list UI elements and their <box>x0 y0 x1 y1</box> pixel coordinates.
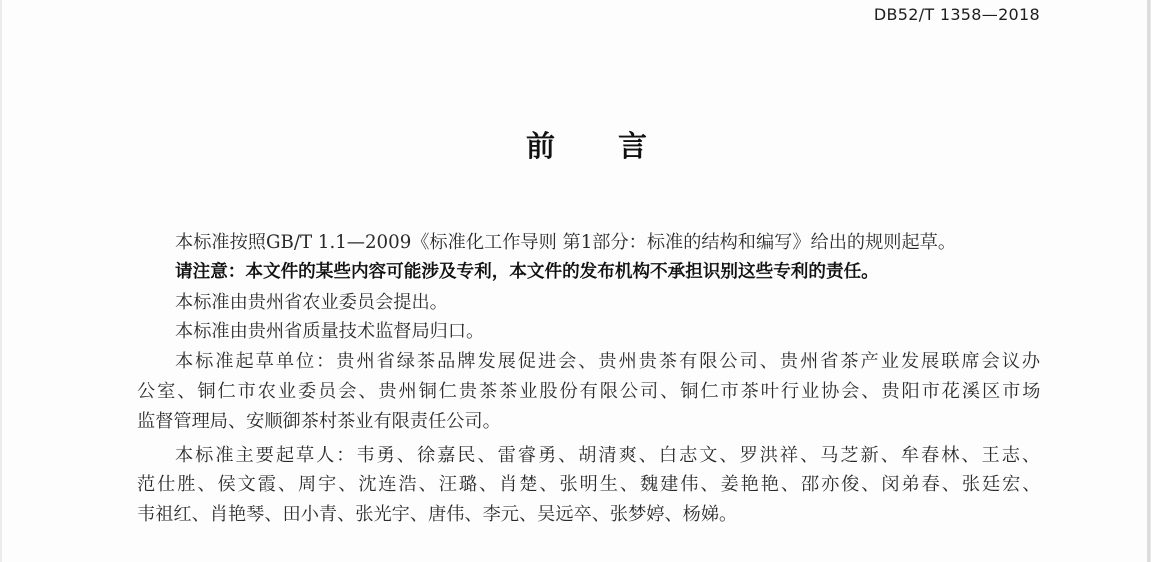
paragraph-drafting-units-line-1: 本标准起草单位：贵州省绿茶品牌发展促进会、贵州贵茶有限公司、贵州省茶产业发展联席… <box>137 347 1040 377</box>
paragraph-drafting-units-line-2: 公室、铜仁市农业委员会、贵州铜仁贵茶茶业股份有限公司、铜仁市茶叶行业协会、贵阳市… <box>137 377 1040 407</box>
foreword-body: 本标准按照GB/T 1.1—2009《标准化工作导则 第1部分：标准的结构和编写… <box>137 228 1040 530</box>
paragraph-drafters-line-3: 韦祖红、肖艳琴、田小青、张光宇、唐伟、李元、吴远卒、张梦婷、杨娣。 <box>137 500 1040 530</box>
title-char-2: 言 <box>618 124 647 165</box>
paragraph-drafting-units-line-3: 监督管理局、安顺御茶村茶业有限责任公司。 <box>137 407 1040 437</box>
document-code: DB52/T 1358—2018 <box>874 5 1040 24</box>
page-title: 前 言 <box>526 124 647 165</box>
title-char-1: 前 <box>526 124 555 165</box>
paragraph-drafters-line-1: 本标准主要起草人：韦勇、徐嘉民、雷睿勇、胡清爽、白志文、罗洪祥、马芝新、牟春林、… <box>137 441 1040 471</box>
paragraph-drafters-line-2: 范仕胜、侯文霞、周宇、沈连浩、汪璐、肖楚、张明生、魏建伟、姜艳艳、邵亦俊、闵弟春… <box>137 470 1040 500</box>
page-left-edge <box>0 0 2 562</box>
paragraph-drafting-rules: 本标准按照GB/T 1.1—2009《标准化工作导则 第1部分：标准的结构和编写… <box>137 228 1040 258</box>
paragraph-administrator: 本标准由贵州省质量技术监督局归口。 <box>137 317 1040 347</box>
paragraph-patent-notice: 请注意：本文件的某些内容可能涉及专利，本文件的发布机构不承担识别这些专利的责任。 <box>137 258 1040 288</box>
paragraph-proposer: 本标准由贵州省农业委员会提出。 <box>137 288 1040 318</box>
page-right-edge-scrollbar[interactable] <box>1147 0 1151 562</box>
